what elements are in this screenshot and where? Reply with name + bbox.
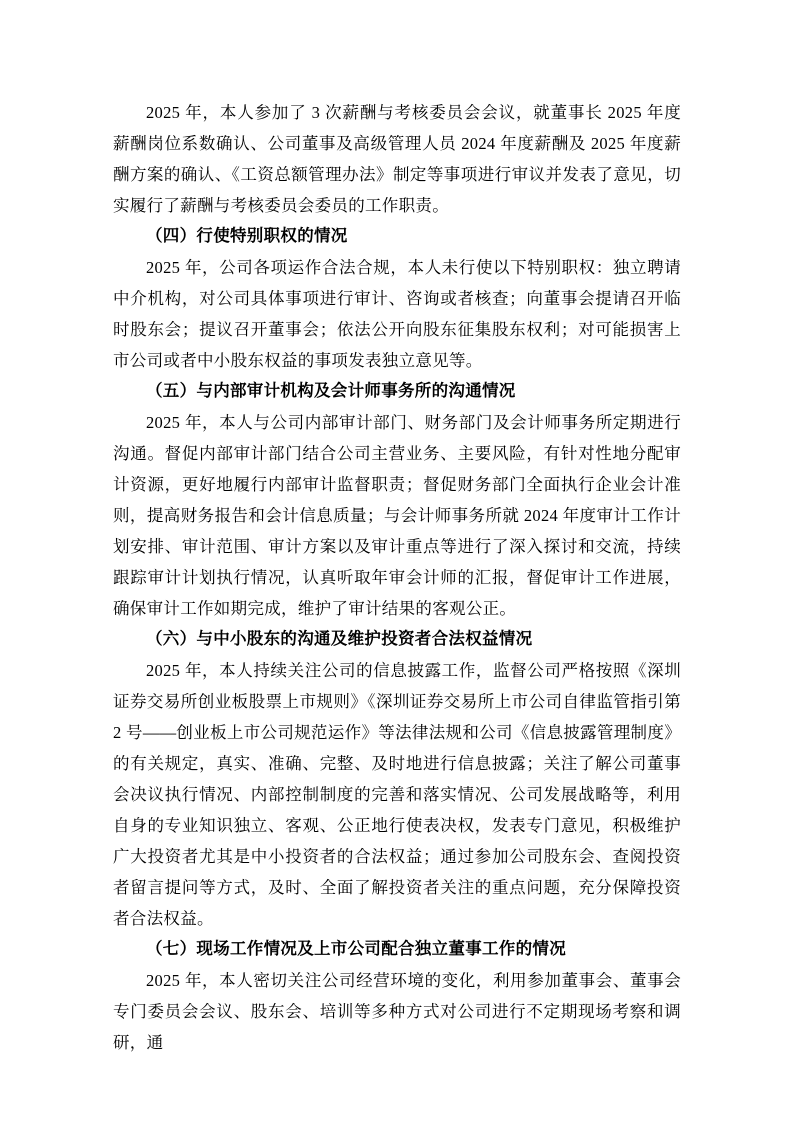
heading-section-4-special-powers: （四）行使特别职权的情况 [113, 221, 681, 252]
document-page: 2025 年，本人参加了 3 次薪酬与考核委员会会议，就董事长 2025 年度薪… [0, 0, 793, 1122]
paragraph-onsite-work: 2025 年，本人密切关注公司经营环境的变化，利用参加董事会、董事会专门委员会会… [113, 965, 681, 1058]
paragraph-minority-shareholders: 2025 年，本人持续关注公司的信息披露工作，监督公司严格按照《深圳证券交易所创… [113, 655, 681, 934]
heading-section-5-audit-communication: （五）与内部审计机构及会计师事务所的沟通情况 [113, 376, 681, 407]
heading-section-6-minority-shareholders: （六）与中小股东的沟通及维护投资者合法权益情况 [113, 624, 681, 655]
paragraph-audit-communication: 2025 年，本人与公司内部审计部门、财务部门及会计师事务所定期进行沟通。督促内… [113, 407, 681, 624]
heading-section-7-onsite-work: （七）现场工作情况及上市公司配合独立董事工作的情况 [113, 934, 681, 965]
paragraph-remuneration-committee: 2025 年，本人参加了 3 次薪酬与考核委员会会议，就董事长 2025 年度薪… [113, 97, 681, 221]
paragraph-special-powers: 2025 年，公司各项运作合法合规，本人未行使以下特别职权：独立聘请中介机构，对… [113, 252, 681, 376]
